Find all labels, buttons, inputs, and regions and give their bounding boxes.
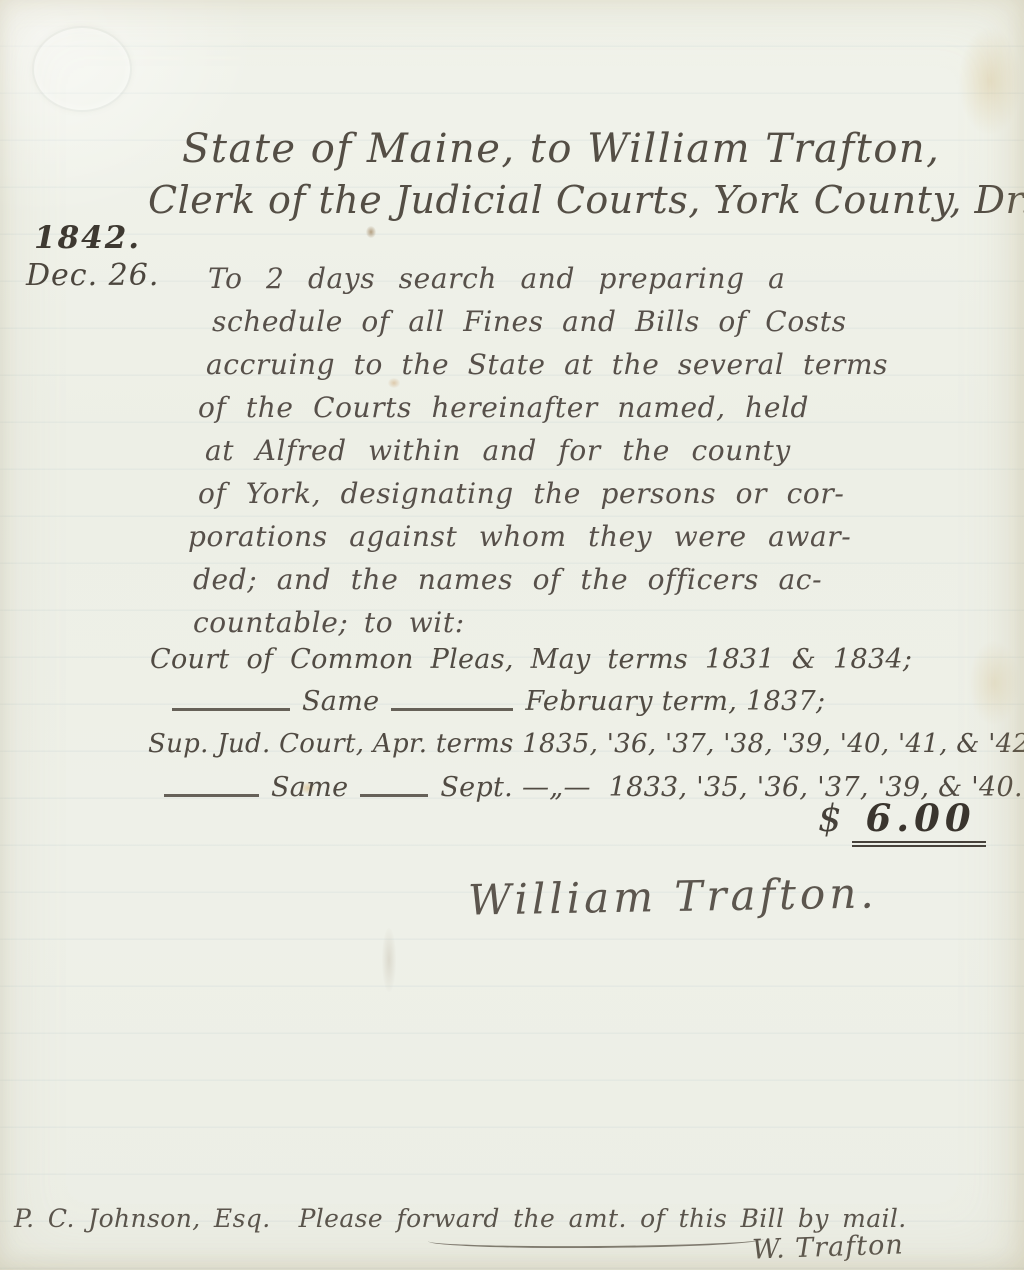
schedule-row-2-text: February term, 1837; xyxy=(525,686,825,717)
flourish-line xyxy=(428,1237,764,1249)
ditto-rule xyxy=(164,794,259,797)
schedule-row-sup-jud-court: Sup. Jud. Court, Apr. terms 1835, '36, '… xyxy=(148,729,1024,759)
body-line: countable; to wit: xyxy=(193,606,1024,649)
schedule-row-4-month: Sept. xyxy=(440,772,513,803)
body-line: porations against whom they were awar- xyxy=(188,520,1024,563)
ink-speck xyxy=(366,226,376,238)
body-line: of the Courts hereinafter named, held xyxy=(198,391,1024,434)
body-line: schedule of all Fines and Bills of Costs xyxy=(212,305,1024,348)
ditto-word: Same xyxy=(271,772,348,803)
total-amount: $6.00 xyxy=(818,796,986,847)
ditto-rule xyxy=(172,708,290,711)
paper-stain xyxy=(968,640,1020,726)
body-line: at Alfred within and for the county xyxy=(205,434,1024,477)
header-line-1: State of Maine, to William Trafton, xyxy=(182,126,940,172)
embossed-seal xyxy=(32,26,132,112)
body-line: of York, designating the persons or cor- xyxy=(198,477,1024,520)
dollar-sign: $ xyxy=(818,797,842,840)
schedule-row-common-pleas: Court of Common Pleas, May terms 1831 & … xyxy=(150,644,912,675)
schedule-row-february-term: SameFebruary term, 1837; xyxy=(160,686,825,717)
amount-value: 6.00 xyxy=(852,796,986,847)
body-paragraph: To 2 days search and preparing a schedul… xyxy=(0,262,1024,649)
footer-addressee: P. C. Johnson, Esq. xyxy=(14,1204,271,1233)
margin-year: 1842. xyxy=(34,220,141,256)
body-line: ded; and the names of the officers ac- xyxy=(193,563,1024,606)
ditto-rule xyxy=(391,708,513,711)
document-page: State of Maine, to William Trafton, Cler… xyxy=(0,0,1024,1270)
body-line: To 2 days search and preparing a xyxy=(208,262,1024,305)
footer-request: Please forward the amt. of this Bill by … xyxy=(299,1204,907,1233)
ditto-rule xyxy=(360,794,428,797)
paper-stain xyxy=(958,26,1022,136)
ditto-word: Same xyxy=(302,686,379,717)
repeat-mark: —„— xyxy=(522,772,591,803)
footer-note: P. C. Johnson, Esq.Please forward the am… xyxy=(14,1204,907,1233)
show-through-mark xyxy=(382,928,396,992)
header-line-2: Clerk of the Judicial Courts, York Count… xyxy=(148,178,1024,222)
signature: William Trafton. xyxy=(468,868,878,924)
footer-signature: W. Trafton xyxy=(752,1229,905,1265)
body-line: accruing to the State at the several ter… xyxy=(206,348,1024,391)
